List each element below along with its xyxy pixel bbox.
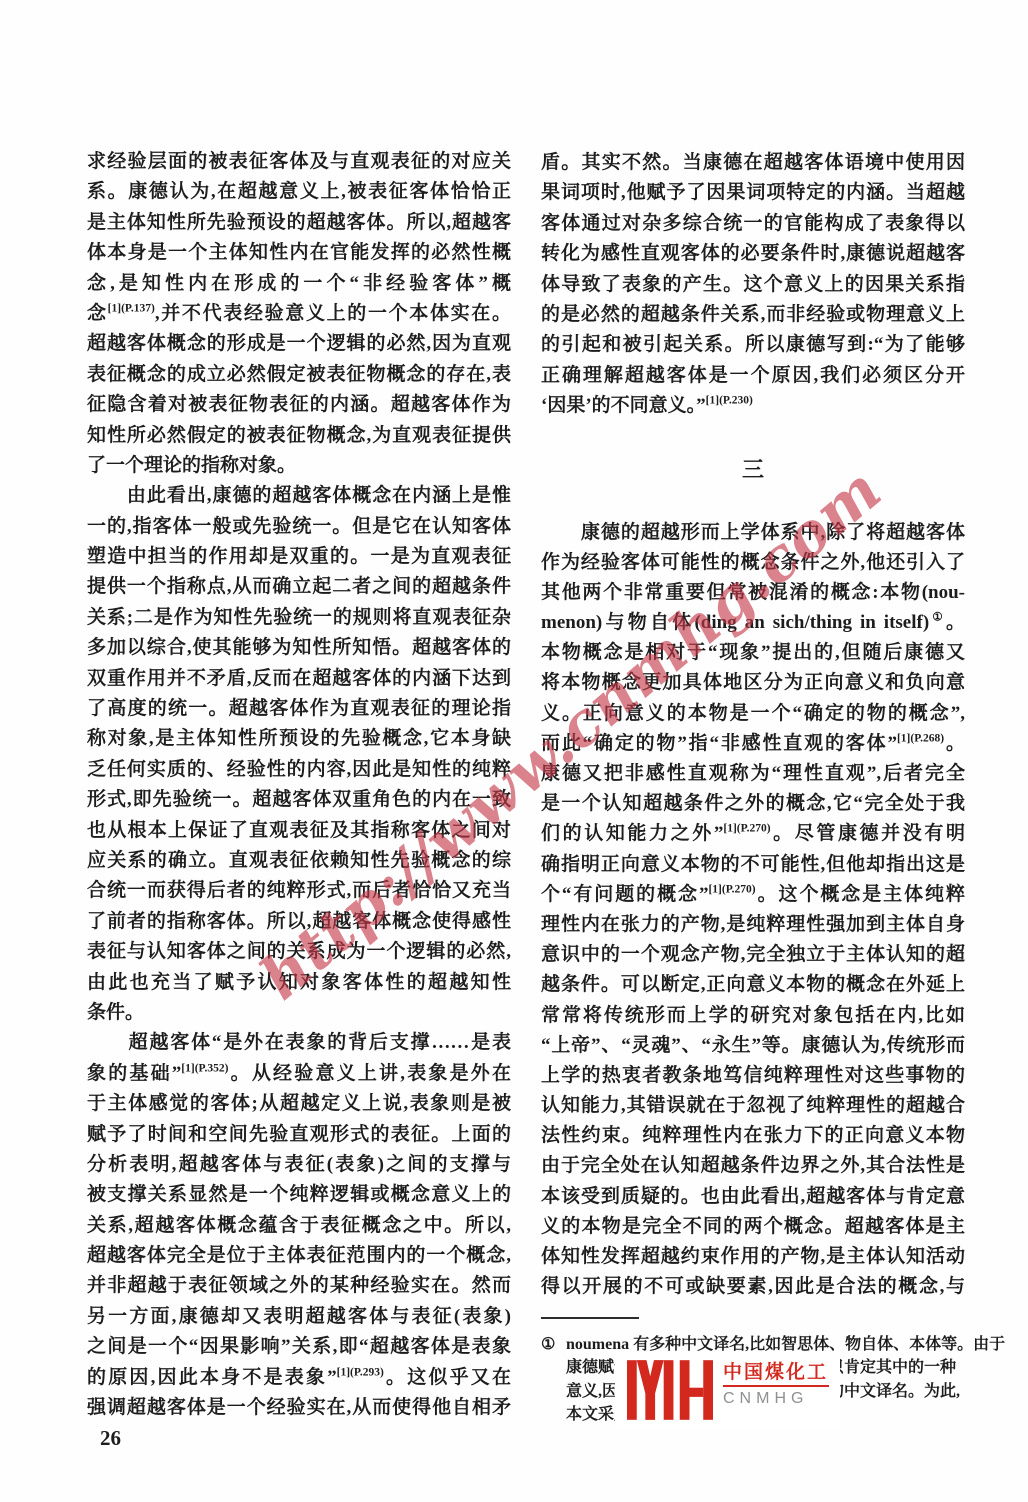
citation-superscript: [1](P.293) bbox=[337, 1366, 384, 1378]
text-line: 常常将传统形而上学的研究对象包括在内,比如 bbox=[541, 1001, 965, 1031]
text-line: 意识中的一个观念产物,完全独立于主体认知的超 bbox=[541, 940, 965, 970]
text-line: 义的本物是完全不同的两个概念。超越客体是主 bbox=[541, 1212, 965, 1242]
text-line: 超越客体概念的形成是一个逻辑的必然,因为直观 bbox=[87, 329, 511, 359]
footnote-text-right: 的中文译名。为此, bbox=[828, 1380, 960, 1403]
text-line: 康德的超越形而上学体系中,除了将超越客体 bbox=[541, 518, 965, 548]
text-line: 系。康德认为,在超越意义上,被表征客体恰恰正 bbox=[87, 177, 511, 207]
text-line: 的原因,因此本身不是表象”[1](P.293)。这似乎又在 bbox=[87, 1363, 511, 1393]
text-line: 客体通过对杂多综合统一的官能构成了表象得以 bbox=[541, 209, 965, 239]
text-line: 象的基础”[1](P.352)。从经验意义上讲,表象是外在 bbox=[87, 1059, 511, 1089]
citation-superscript: [1](P.268) bbox=[897, 733, 944, 745]
logo-monogram-icon bbox=[627, 1360, 713, 1420]
text-line: 另一方面,康德却又表明超越客体与表征(表象) bbox=[87, 1302, 511, 1332]
logo-name-en: CNMHG bbox=[723, 1390, 833, 1408]
section-heading: 三 bbox=[541, 422, 965, 518]
text-line: 们的认知能力之外”[1](P.270)。尽管康德并没有明 bbox=[541, 819, 965, 849]
footnote-text-right: 只肯定其中的一种 bbox=[828, 1356, 956, 1379]
text-line: 塑造中担当的作用却是双重的。一是为直观表征 bbox=[87, 542, 511, 572]
text-line: 确指明正向意义本物的不可能性,但他却指出这是 bbox=[541, 850, 965, 880]
text-line: 本该受到质疑的。也由此看出,超越客体与肯定意 bbox=[541, 1182, 965, 1212]
citation-superscript: [1](P.137) bbox=[108, 303, 155, 315]
text-line: 由于完全处在认知超越条件边界之外,其合法性是 bbox=[541, 1151, 965, 1181]
text-line: 是一个认知超越条件之外的概念,它“完全处于我 bbox=[541, 789, 965, 819]
right-column-upper: 盾。其实不然。当康德在超越客体语境中使用因果词项时,他赋予了因果词项特定的内涵。… bbox=[541, 148, 965, 422]
text-line: 于主体感觉的客体;从超越定义上说,表象则是被 bbox=[87, 1089, 511, 1119]
text-line: 由此也充当了赋予认知对象客体性的超越知性 bbox=[87, 968, 511, 998]
text-line: 强调超越客体是一个经验实在,从而使得他自相矛 bbox=[87, 1393, 511, 1423]
text-line: 超越客体完全是位于主体表征范围内的一个概念, bbox=[87, 1241, 511, 1271]
text-line: 多加以综合,使其能够为知性所知悟。超越客体的 bbox=[87, 633, 511, 663]
text-line: 了一个理论的指称对象。 bbox=[87, 451, 511, 481]
citation-superscript: [1](P.270) bbox=[723, 823, 770, 835]
page-number: 26 bbox=[100, 1426, 121, 1451]
text-line: 康德又把非感性直观称为“理性直观”,后者完全 bbox=[541, 759, 965, 789]
text-line: 理性内在张力的产物,是纯粹理性强加到主体自身 bbox=[541, 910, 965, 940]
text-line: 分析表明,超越客体与表征(表象)之间的支撑与 bbox=[87, 1150, 511, 1180]
right-column-lower: 康德的超越形而上学体系中,除了将超越客体作为经验客体可能性的概念条件之外,他还引… bbox=[541, 518, 965, 1303]
text-line: ‘因果’的不同意义。”[1](P.230) bbox=[541, 391, 965, 421]
citation-superscript: [1](P.352) bbox=[181, 1062, 228, 1074]
text-line: 本物概念是相对于“现象”提出的,但随后康德又 bbox=[541, 638, 965, 668]
text-line: 体导致了表象的产生。这个意义上的因果关系指 bbox=[541, 270, 965, 300]
text-line: 个“有问题的概念”[1](P.270)。这个概念是主体纯粹 bbox=[541, 880, 965, 910]
text-line: 求经验层面的被表征客体及与直观表征的对应关 bbox=[87, 147, 511, 177]
text-line: 体知性发挥超越约束作用的产物,是主体认知活动 bbox=[541, 1242, 965, 1272]
footnote-divider bbox=[541, 1317, 639, 1319]
text-line: 的是必然的超越条件关系,而非经验或物理意义上 bbox=[541, 300, 965, 330]
text-line: 体本身是一个主体知性内在官能发挥的必然性概 bbox=[87, 238, 511, 268]
text-line: 正确理解超越客体是一个原因,我们必须区分开 bbox=[541, 361, 965, 391]
logo-underline bbox=[723, 1385, 829, 1387]
text-line: 其他两个非常重要但常被混淆的概念:本物(nou- bbox=[541, 578, 965, 608]
text-line: 而此“确定的物”指“非感性直观的客体”[1](P.268)。 bbox=[541, 729, 965, 759]
text-line: 并非超越于表征领域之外的某种经验实在。然而 bbox=[87, 1271, 511, 1301]
text-line: 是主体知性所先验预设的超越客体。所以,超越客 bbox=[87, 208, 511, 238]
text-line: 越条件。可以断定,正向意义本物的概念在外延上 bbox=[541, 970, 965, 1000]
left-column: 求经验层面的被表征客体及与直观表征的对应关系。康德认为,在超越意义上,被表征客体… bbox=[87, 147, 511, 1423]
text-line: 的引起和被引起关系。所以康德写到:“为了能够 bbox=[541, 330, 965, 360]
text-line: 转化为感性直观客体的必要条件时,康德说超越客 bbox=[541, 239, 965, 269]
text-line: 了高度的统一。超越客体作为直观表征的理论指 bbox=[87, 694, 511, 724]
logo-text-block: 中国煤化工 CNMHG bbox=[723, 1362, 833, 1408]
text-line: 之间是一个“因果影响”关系,即“超越客体是表象 bbox=[87, 1332, 511, 1362]
text-line: 果词项时,他赋予了因果词项特定的内涵。当超越 bbox=[541, 178, 965, 208]
text-line: 赋予了时间和空间先验直观形式的表征。上面的 bbox=[87, 1120, 511, 1150]
text-line: 征隐含着对被表征物表征的内涵。超越客体作为 bbox=[87, 390, 511, 420]
text-line: 作为经验客体可能性的概念条件之外,他还引入了 bbox=[541, 548, 965, 578]
text-line: “上帝”、“灵魂”、“永生”等。康德认为,传统形而 bbox=[541, 1031, 965, 1061]
text-line: 念,是知性内在形成的一个“非经验客体”概 bbox=[87, 269, 511, 299]
text-line: 得以开展的不可或缺要素,因此是合法的概念,与 bbox=[541, 1272, 965, 1302]
text-line: 关系,超越客体概念蕴含于表征概念之中。所以, bbox=[87, 1211, 511, 1241]
text-line: 念[1](P.137),并不代表经验意义上的一个本体实在。 bbox=[87, 299, 511, 329]
text-line: 称对象,是主体知性所预设的先验概念,它本身缺 bbox=[87, 724, 511, 754]
text-line: 提供一个指称点,从而确立起二者之间的超越条件 bbox=[87, 572, 511, 602]
citation-superscript: ① bbox=[929, 612, 946, 624]
text-line: 关系;二是作为知性先验统一的规则将直观表征杂 bbox=[87, 603, 511, 633]
footnote-marker: ① bbox=[541, 1333, 555, 1356]
text-line: 将本物概念更加具体地区分为正向意义和负向意 bbox=[541, 668, 965, 698]
scanned-paper-page: 求经验层面的被表征客体及与直观表征的对应关系。康德认为,在超越意义上,被表征客体… bbox=[0, 0, 1028, 1502]
text-line: 盾。其实不然。当康德在超越客体语境中使用因 bbox=[541, 148, 965, 178]
text-line: 乏任何实质的、经验性的内容,因此是知性的纯粹 bbox=[87, 755, 511, 785]
text-line: 也从根本上保证了直观表征及其指称客体之间对 bbox=[87, 816, 511, 846]
text-line: 被支撑关系显然是一个纯粹逻辑或概念意义上的 bbox=[87, 1180, 511, 1210]
cnmhg-logo: 中国煤化工 CNMHG bbox=[615, 1352, 840, 1428]
text-line: 了前者的指称客体。所以,超越客体概念使得感性 bbox=[87, 907, 511, 937]
text-line: 超越客体“是外在表象的背后支撑……是表 bbox=[87, 1028, 511, 1058]
text-line: 上学的热衷者教条地笃信纯粹理性对这些事物的 bbox=[541, 1061, 965, 1091]
text-line: 双重作用并不矛盾,反而在超越客体的内涵下达到 bbox=[87, 664, 511, 694]
text-line: 法性约束。纯粹理性内在张力下的正向意义本物 bbox=[541, 1121, 965, 1151]
text-line: 条件。 bbox=[87, 998, 511, 1028]
citation-superscript: [1](P.270) bbox=[708, 883, 755, 895]
text-line: 合统一而获得后者的纯粹形式,而后者恰恰又充当 bbox=[87, 876, 511, 906]
text-line: 表征概念的成立必然假定被表征物概念的存在,表 bbox=[87, 360, 511, 390]
citation-superscript: [1](P.230) bbox=[706, 395, 753, 407]
text-line: 知性所必然假定的被表征物概念,为直观表征提供 bbox=[87, 421, 511, 451]
text-line: 由此看出,康德的超越客体概念在内涵上是惟 bbox=[87, 481, 511, 511]
text-line: 表征与认知客体之间的关系成为一个逻辑的必然, bbox=[87, 937, 511, 967]
text-line: 义。正向意义的本物是一个“确定的物的概念”, bbox=[541, 699, 965, 729]
text-line: 形式,即先验统一。超越客体双重角色的内在一致 bbox=[87, 785, 511, 815]
text-line: 一的,指客体一般或先验统一。但是它在认知客体 bbox=[87, 512, 511, 542]
logo-name-cn: 中国煤化工 bbox=[723, 1362, 833, 1383]
text-line: 认知能力,其错误就在于忽视了纯粹理性的超越合 bbox=[541, 1091, 965, 1121]
text-line: menon)与物自体(ding an sich/thing in itself)… bbox=[541, 608, 965, 638]
text-line: 应关系的确立。直观表征依赖知性先验概念的综 bbox=[87, 846, 511, 876]
right-column: 盾。其实不然。当康德在超越客体语境中使用因果词项时,他赋予了因果词项特定的内涵。… bbox=[541, 148, 965, 1302]
